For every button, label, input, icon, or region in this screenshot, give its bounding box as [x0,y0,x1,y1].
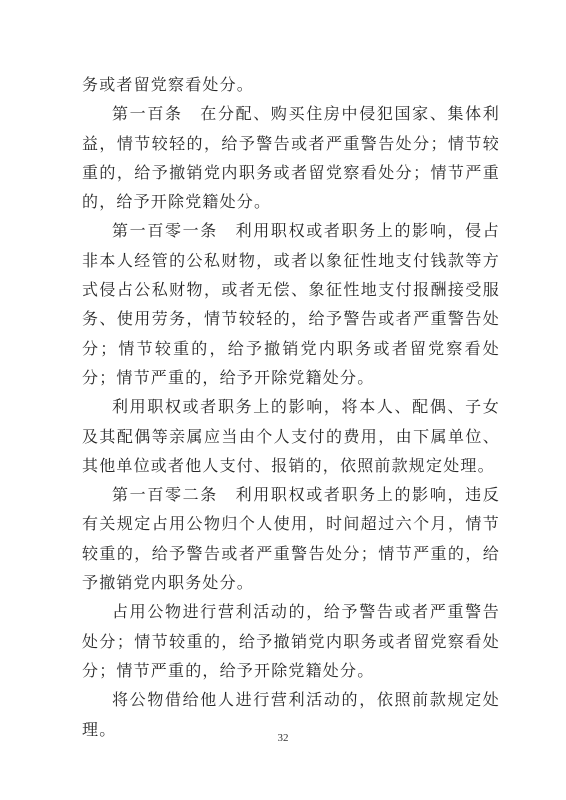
page-number: 32 [0,732,566,744]
paragraph-continuation: 务或者留党察看处分。 [82,71,500,100]
document-page: 务或者留党察看处分。 第一百条 在分配、购买住房中侵犯国家、集体利益，情节较轻的… [0,0,566,800]
paragraph-article-100: 第一百条 在分配、购买住房中侵犯国家、集体利益，情节较轻的，给予警告或者严重警告… [82,100,500,217]
paragraph-article-101: 第一百零一条 利用职权或者职务上的影响，侵占非本人经管的公私财物，或者以象征性地… [82,217,500,393]
paragraph-article-102-clause-2: 占用公物进行营利活动的，给予警告或者严重警告处分；情节较重的，给予撤销党内职务或… [82,598,500,686]
document-body-text: 务或者留党察看处分。 第一百条 在分配、购买住房中侵犯国家、集体利益，情节较轻的… [82,71,500,745]
paragraph-article-101-clause-2: 利用职权或者职务上的影响，将本人、配偶、子女及其配偶等亲属应当由个人支付的费用，… [82,393,500,481]
paragraph-article-102: 第一百零二条 利用职权或者职务上的影响，违反有关规定占用公物归个人使用，时间超过… [82,481,500,598]
